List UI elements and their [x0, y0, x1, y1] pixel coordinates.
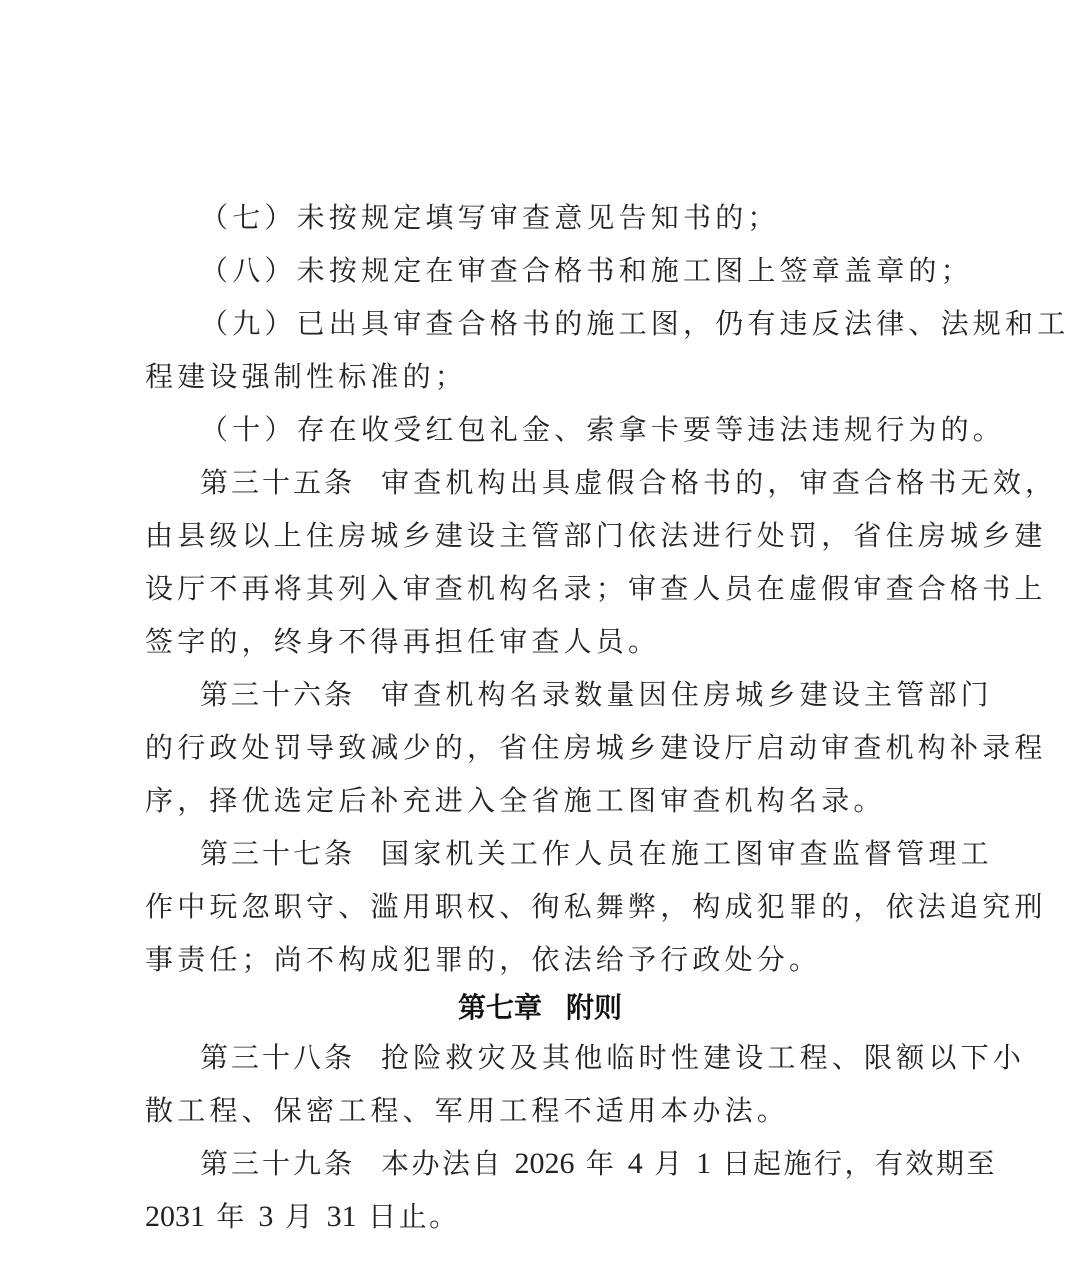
day-value: 1 [696, 1147, 711, 1180]
item-text: 存在收受红包礼金、索拿卡要等违法违规行为的。 [297, 413, 1005, 446]
year-value: 2026 [514, 1147, 574, 1180]
list-item-7: （七）未按规定填写审查意见告知书的； [200, 200, 1000, 236]
chapter-number: 第七章 [458, 991, 542, 1024]
list-item-9: （九）已出具审查合格书的施工图，仍有违反法律、法规和工 [200, 306, 1000, 342]
article-text: 审查机构出具虚假合格书的，审查合格书无效， [381, 466, 1057, 499]
article-36-line-3: 序，择优选定后补充进入全省施工图审查机构名录。 [145, 783, 945, 819]
list-item-10: （十）存在收受红包礼金、索拿卡要等违法违规行为的。 [200, 412, 1000, 448]
article-36-line-2: 的行政处罚导致减少的，省住房城乡建设厅启动审查机构补录程 [145, 730, 945, 766]
day-value: 31 [327, 1200, 357, 1233]
article-text: 月 [654, 1147, 685, 1180]
article-35-line-2: 由县级以上住房城乡建设主管部门依法进行处罚，省住房城乡建 [145, 518, 945, 554]
article-text: 月 [285, 1200, 316, 1233]
chapter-heading: 第七章附则 [0, 990, 1080, 1026]
item-marker: （七） [200, 201, 297, 234]
item-text: 已出具审查合格书的施工图，仍有违反法律、法规和工 [297, 307, 1070, 340]
list-item-8: （八）未按规定在审查合格书和施工图上签章盖章的； [200, 253, 1000, 289]
article-number: 第三十六条 [200, 678, 355, 711]
article-text: 由县级以上住房城乡建设主管部门依法进行处罚，省住房城乡建 [145, 519, 1047, 552]
month-value: 4 [628, 1147, 643, 1180]
chapter-title: 附则 [566, 991, 622, 1024]
article-37-line-2: 作中玩忽职守、滥用职权、徇私舞弊，构成犯罪的，依法追究刑 [145, 889, 945, 925]
article-39-line-2: 2031 年 3 月 31 日止。 [145, 1199, 945, 1235]
article-38: 第三十八条抢险救灾及其他临时性建设工程、限额以下小 [200, 1040, 1000, 1076]
month-value: 3 [258, 1200, 273, 1233]
article-text: 年 [586, 1147, 617, 1180]
article-text: 审查机构名录数量因住房城乡建设主管部门 [381, 678, 993, 711]
article-number: 第三十七条 [200, 837, 355, 870]
item-marker: （十） [200, 413, 297, 446]
list-item-9-continued: 程建设强制性标准的； [145, 359, 945, 395]
item-text: 未按规定填写审查意见告知书的； [297, 201, 780, 234]
article-text: 作中玩忽职守、滥用职权、徇私舞弊，构成犯罪的，依法追究刑 [145, 890, 1047, 923]
item-text: 程建设强制性标准的； [145, 360, 467, 393]
article-39: 第三十九条本办法自 2026 年 4 月 1 日起施行，有效期至 [200, 1146, 1000, 1182]
article-number: 第三十八条 [200, 1041, 355, 1074]
document-page: （七）未按规定填写审查意见告知书的； （八）未按规定在审查合格书和施工图上签章盖… [0, 0, 1080, 1268]
year-value: 2031 [145, 1200, 205, 1233]
article-text: 事责任；尚不构成犯罪的，依法给予行政处分。 [145, 943, 821, 976]
article-text: 国家机关工作人员在施工图审查监督管理工 [381, 837, 993, 870]
article-number: 第三十九条 [200, 1147, 355, 1180]
article-35: 第三十五条审查机构出具虚假合格书的，审查合格书无效， [200, 465, 1000, 501]
article-35-line-4: 签字的，终身不得再担任审查人员。 [145, 624, 945, 660]
article-37: 第三十七条国家机关工作人员在施工图审查监督管理工 [200, 836, 1000, 872]
article-37-line-3: 事责任；尚不构成犯罪的，依法给予行政处分。 [145, 942, 945, 978]
article-38-line-2: 散工程、保密工程、军用工程不适用本办法。 [145, 1093, 945, 1129]
item-marker: （八） [200, 254, 297, 287]
article-text: 设厅不再将其列入审查机构名录；审查人员在虚假审查合格书上 [145, 572, 1047, 605]
article-35-line-3: 设厅不再将其列入审查机构名录；审查人员在虚假审查合格书上 [145, 571, 945, 607]
article-text: 日起施行，有效期至 [723, 1147, 998, 1180]
item-text: 未按规定在审查合格书和施工图上签章盖章的； [297, 254, 973, 287]
item-marker: （九） [200, 307, 297, 340]
article-text: 序，择优选定后补充进入全省施工图审查机构名录。 [145, 784, 886, 817]
article-number: 第三十五条 [200, 466, 355, 499]
article-text: 签字的，终身不得再担任审查人员。 [145, 625, 660, 658]
article-text: 抢险救灾及其他临时性建设工程、限额以下小 [381, 1041, 1025, 1074]
article-text: 日止。 [368, 1200, 460, 1233]
article-text: 本办法自 [381, 1147, 503, 1180]
article-36: 第三十六条审查机构名录数量因住房城乡建设主管部门 [200, 677, 1000, 713]
article-text: 散工程、保密工程、军用工程不适用本办法。 [145, 1094, 789, 1127]
article-text: 年 [216, 1200, 247, 1233]
article-text: 的行政处罚导致减少的，省住房城乡建设厅启动审查机构补录程 [145, 731, 1047, 764]
